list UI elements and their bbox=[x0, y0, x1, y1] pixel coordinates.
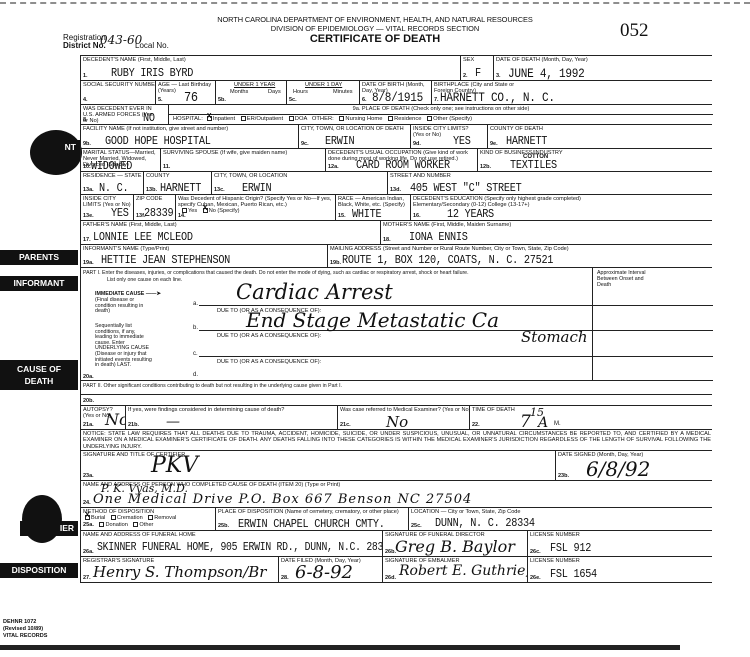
row-facility: FACILITY NAME (If not institution, give … bbox=[80, 125, 712, 149]
field-funeral-director-signature: SIGNATURE OF FUNERAL DIRECTOR 26b. Greg … bbox=[383, 531, 528, 556]
decedent-name-value: RUBY IRIS BYRD bbox=[111, 66, 193, 80]
race-value: WHITE bbox=[352, 207, 381, 220]
cause-line-a-value: Cardiac Arrest bbox=[236, 280, 393, 304]
row-informant: INFORMANT'S NAME (Type/Print) 19a. HETTI… bbox=[80, 245, 712, 268]
row-marital: MARITAL STATUS—Married, Never Married, W… bbox=[80, 149, 712, 172]
checkbox-nursing-home[interactable] bbox=[339, 116, 344, 121]
field-license-director: LICENSE NUMBER 26c. FSL 912 bbox=[528, 531, 713, 556]
age-value: 76 bbox=[184, 90, 198, 104]
cause-line-d bbox=[81, 380, 713, 381]
father-name-value: LONNIE LEE MCLEOD bbox=[93, 230, 193, 244]
checkbox-donation[interactable] bbox=[99, 522, 104, 527]
field-mother-name: MOTHER'S NAME (First, Middle, Maiden Sur… bbox=[381, 221, 713, 244]
informant-address-value: ROUTE 1, BOX 120, COATS, N. C. 27521 bbox=[342, 253, 553, 267]
education-value: 12 YEARS bbox=[447, 207, 494, 220]
field-age: AGE — Last Birthday (Years) 5. 76 bbox=[156, 81, 216, 104]
side-label-decedent: NT bbox=[40, 140, 80, 155]
date-of-birth-value: 8/8/1915 bbox=[372, 90, 423, 104]
cause-of-death-section: PART I. Enter the diseases, injuries, or… bbox=[80, 268, 712, 395]
side-label-cause-line2: DEATH bbox=[0, 375, 78, 387]
field-date-filed: DATE FILED (Month, Day, Year) 28. 6-8-92 bbox=[279, 557, 383, 582]
field-certifier-signature: SIGNATURE AND TITLE OF CERTIFIER 23a. PK… bbox=[81, 451, 556, 480]
license-embalmer-value: FSL 1654 bbox=[550, 567, 597, 581]
field-under-1-year: UNDER 1 YEAR Months Days 5b. bbox=[216, 81, 287, 104]
field-time-of-death: TIME OF DEATH 22. 7 15 A M. bbox=[470, 406, 713, 429]
field-medical-examiner: Was case referred to Medical Examiner? (… bbox=[338, 406, 470, 429]
checkbox-removal[interactable] bbox=[148, 515, 153, 520]
side-label-parents: PARENTS bbox=[0, 250, 78, 265]
street-value: 405 WEST "C" STREET bbox=[410, 181, 521, 194]
field-informant-name: INFORMANT'S NAME (Type/Print) 19a. HETTI… bbox=[81, 245, 328, 267]
part2-instructions: PART II. Other significant conditions co… bbox=[83, 383, 342, 389]
date-of-death-value: JUNE 4, 1992 bbox=[508, 66, 585, 80]
cause-line-b-value: End Stage Metastatic Ca bbox=[246, 308, 499, 332]
place-of-death-options: HOSPITAL:Inpatient ER/Outpatient DOA OTH… bbox=[173, 116, 472, 122]
completer-address-value: One Medical Drive P.O. Box 667 Benson NC… bbox=[93, 492, 472, 507]
residence-city-value: ERWIN bbox=[242, 181, 271, 194]
embalmer-signature-value: Robert E. Guthrie, Jr. bbox=[399, 563, 528, 579]
marital-status-value: WIDOWED bbox=[91, 159, 132, 171]
field-residence-county: COUNTY 13b. HARNETT bbox=[144, 172, 212, 194]
field-sex: SEX 2. F bbox=[461, 56, 494, 80]
side-label-disposition: DISPOSITION bbox=[0, 563, 78, 578]
residence-inside-limits-value: YES bbox=[111, 206, 129, 220]
field-ssn: SOCIAL SECURITY NUMBER 4. bbox=[81, 81, 156, 104]
funeral-home-value: SKINNER FUNERAL HOME, 905 ERWIN RD., DUN… bbox=[97, 541, 383, 554]
certifier-signature-value: PKV bbox=[151, 453, 198, 478]
funeral-director-signature-value: Greg B. Baylor bbox=[395, 537, 515, 556]
cause-line-a bbox=[199, 305, 713, 306]
residence-state-value: N. C. bbox=[99, 181, 128, 194]
field-county-of-death: COUNTY OF DEATH 9e. HARNETT bbox=[488, 125, 713, 148]
row-completer: NAME AND ADDRESS OF PERSON WHO COMPLETED… bbox=[80, 481, 712, 508]
county-of-death-value: HARNETT bbox=[506, 134, 547, 148]
field-disposition-location: LOCATION — City or Town, State, Zip Code… bbox=[409, 508, 713, 530]
field-license-embalmer: LICENSE NUMBER 26e. FSL 1654 bbox=[528, 557, 713, 582]
side-label-informant: INFORMANT bbox=[0, 276, 78, 291]
field-place-of-disposition: PLACE OF DISPOSITION (Name of cemetery, … bbox=[216, 508, 409, 530]
field-facility-name: FACILITY NAME (If not institution, give … bbox=[81, 125, 299, 148]
field-residence-state: RESIDENCE — STATE 13a. N. C. bbox=[81, 172, 144, 194]
side-label-cause-line1: CAUSE OF bbox=[0, 363, 78, 375]
medical-examiner-notice: NOTICE: STATE LAW REQUIRES THAT ALL DEAT… bbox=[83, 431, 711, 450]
row-parents: FATHER'S NAME (First, Middle, Last) 17. … bbox=[80, 221, 712, 245]
date-filed-value: 6-8-92 bbox=[295, 562, 353, 582]
field-decedent-name: DECEDENT'S NAME (First, Middle, Last) 1.… bbox=[81, 56, 461, 80]
row-place-of-death: WAS DECEDENT EVER IN U.S. ARMED FORCES (… bbox=[80, 105, 712, 125]
place-of-disposition-value: ERWIN CHAPEL CHURCH CMTY. bbox=[238, 517, 385, 530]
field-informant-address: MAILING ADDRESS (Street and Number or Ru… bbox=[328, 245, 713, 267]
field-education: DECEDENT'S EDUCATION (Specify only highe… bbox=[411, 195, 713, 220]
mother-name-value: IONA ENNIS bbox=[409, 230, 468, 244]
certificate-number: 052 bbox=[620, 20, 649, 42]
checkbox-residence[interactable] bbox=[388, 116, 393, 121]
zip-value: 28339 bbox=[144, 206, 173, 220]
death-inside-limits-value: YES bbox=[453, 134, 471, 148]
occupation-value: CARD ROOM WORKER bbox=[356, 158, 450, 171]
checkbox-other-method[interactable] bbox=[133, 522, 138, 527]
checkbox-hispanic-no[interactable] bbox=[203, 208, 208, 213]
field-autopsy: AUTOPSY? (Yes or No) 21a. No bbox=[81, 406, 126, 429]
field-armed-forces: WAS DECEDENT EVER IN U.S. ARMED FORCES (… bbox=[81, 105, 169, 124]
residence-county-value: HARNETT bbox=[160, 181, 201, 194]
sequential-label: Sequentially list conditions, if any, le… bbox=[95, 324, 153, 369]
field-father-name: FATHER'S NAME (First, Middle, Last) 17. … bbox=[81, 221, 381, 244]
time-of-death-ampm: A bbox=[538, 415, 548, 429]
field-under-1-day: UNDER 1 DAY Hours Minutes 5c. bbox=[287, 81, 360, 104]
findings-value: — bbox=[166, 414, 180, 429]
field-method-of-disposition: METHOD OF DISPOSITION Burial Cremation R… bbox=[81, 508, 216, 530]
field-date-signed: DATE SIGNED (Month, Day, Year) 23b. 6/8/… bbox=[556, 451, 713, 480]
field-registrar-signature: REGISTRAR'S SIGNATURE 27. Henry S. Thomp… bbox=[81, 557, 279, 582]
armed-forces-value: NO bbox=[143, 111, 155, 124]
notice-box: NOTICE: STATE LAW REQUIRES THAT ALL DEAT… bbox=[80, 430, 712, 451]
row-certifier: SIGNATURE AND TITLE OF CERTIFIER 23a. PK… bbox=[80, 451, 712, 481]
checkbox-er-outpatient[interactable] bbox=[241, 116, 246, 121]
registration-district: Registration District No. 043-60 Local N… bbox=[63, 34, 106, 50]
facility-value: GOOD HOPE HOSPITAL bbox=[105, 134, 211, 148]
row-funeral-home: NAME AND ADDRESS OF FUNERAL HOME 26a. SK… bbox=[80, 531, 712, 557]
part1-instructions: PART I. Enter the diseases, injuries, or… bbox=[83, 270, 588, 276]
interval-label: Approximate Interval Between Onset and D… bbox=[597, 270, 657, 288]
checkbox-inpatient[interactable] bbox=[207, 116, 212, 121]
field-race: RACE — American Indian, Black, White, et… bbox=[336, 195, 411, 220]
field-place-of-death: 9a. PLACE OF DEATH (Check only one; see … bbox=[169, 105, 713, 124]
cause-line-b-continued: Stomach bbox=[521, 328, 588, 346]
cause-line-c bbox=[199, 356, 713, 357]
informant-name-value: HETTIE JEAN STEPHENSON bbox=[101, 253, 230, 267]
field-residence-inside-limits: INSIDE CITY LIMITS (Yes or No) 13e. YES bbox=[81, 195, 134, 220]
field-findings: If yes, were findings considered in dete… bbox=[126, 406, 338, 429]
field-marital-status: MARITAL STATUS—Married, Never Married, W… bbox=[81, 149, 161, 171]
sex-value: F bbox=[475, 66, 481, 80]
field-date-of-birth: DATE OF BIRTH (Month, Day, Year) 6. 8/8/… bbox=[360, 81, 432, 104]
row-registrar: REGISTRAR'S SIGNATURE 27. Henry S. Thomp… bbox=[80, 557, 712, 583]
form-footer: DEHNR 1072 (Revised 10/89) VITAL RECORDS bbox=[3, 619, 47, 640]
field-hispanic-origin: Was Decedent of Hispanic Origin? (Specif… bbox=[176, 195, 336, 220]
license-director-value: FSL 912 bbox=[550, 541, 591, 555]
medical-examiner-value: No bbox=[386, 413, 408, 429]
field-embalmer-signature: SIGNATURE OF EMBALMER 26d. Robert E. Gut… bbox=[383, 557, 528, 582]
field-date-of-death: DATE OF DEATH (Month, Day, Year) 3. JUNE… bbox=[494, 56, 713, 80]
field-funeral-home: NAME AND ADDRESS OF FUNERAL HOME 26a. SK… bbox=[81, 531, 383, 556]
field-occupation: DECEDENT'S USUAL OCCUPATION (Give kind o… bbox=[326, 149, 478, 171]
field-zip: ZIP CODE 13f. 28339 bbox=[134, 195, 176, 220]
field-death-city: CITY, TOWN, OR LOCATION OF DEATH 9c. ERW… bbox=[299, 125, 411, 148]
checkbox-cremation[interactable] bbox=[111, 515, 116, 520]
row-name: DECEDENT'S NAME (First, Middle, Last) 1.… bbox=[80, 55, 712, 81]
checkbox-other-place[interactable] bbox=[427, 116, 432, 121]
row-age: SOCIAL SECURITY NUMBER 4. AGE — Last Bir… bbox=[80, 81, 712, 105]
industry-value: TEXTILES bbox=[510, 158, 557, 171]
row-demographics: INSIDE CITY LIMITS (Yes or No) 13e. YES … bbox=[80, 195, 712, 221]
row-part2: 20b. bbox=[80, 395, 712, 406]
checkbox-burial[interactable] bbox=[85, 515, 90, 520]
side-label-cause-of-death: CAUSE OF DEATH bbox=[0, 360, 78, 390]
field-industry: KIND OF BUSINESS/INDUSTRY COTTON 12b. TE… bbox=[478, 149, 713, 171]
scan-bottom-edge bbox=[0, 645, 680, 650]
birthplace-value: HARNETT CO., N. C. bbox=[440, 90, 555, 104]
death-city-value: ERWIN bbox=[325, 134, 354, 148]
row-residence: RESIDENCE — STATE 13a. N. C. COUNTY 13b.… bbox=[80, 172, 712, 195]
scan-top-edge bbox=[0, 2, 750, 5]
registrar-signature-value: Henry S. Thompson/Br bbox=[93, 563, 266, 581]
local-no-label: Local No. bbox=[135, 42, 169, 50]
interval-divider bbox=[592, 268, 593, 380]
field-death-inside-limits: INSIDE CITY LIMITS? (Yes or No) 9d. YES bbox=[411, 125, 488, 148]
date-signed-value: 6/8/92 bbox=[586, 457, 650, 480]
field-surviving-spouse: SURVIVING SPOUSE (If wife, give maiden n… bbox=[161, 149, 326, 171]
row-autopsy: AUTOPSY? (Yes or No) 21a. No If yes, wer… bbox=[80, 406, 712, 430]
side-label-certifier: IER bbox=[20, 521, 78, 536]
field-street: STREET AND NUMBER 13d. 405 WEST "C" STRE… bbox=[388, 172, 713, 194]
disposition-location-value: DUNN, N. C. 28334 bbox=[435, 516, 535, 530]
field-residence-city: CITY, TOWN, OR LOCATION 13c. ERWIN bbox=[212, 172, 388, 194]
field-birthplace: BIRTHPLACE (City and State or Foreign Co… bbox=[432, 81, 713, 104]
row-disposition: METHOD OF DISPOSITION Burial Cremation R… bbox=[80, 508, 712, 531]
autopsy-value: No bbox=[105, 410, 126, 429]
checkbox-doa[interactable] bbox=[289, 116, 294, 121]
